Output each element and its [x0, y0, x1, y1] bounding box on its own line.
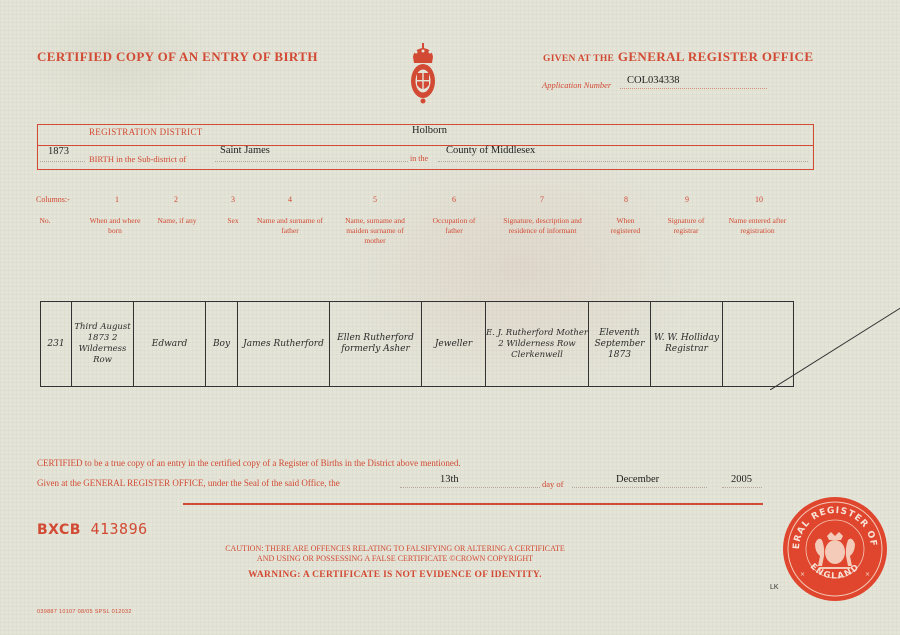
column-number-10: 10 — [744, 195, 774, 204]
column-header-sex: Sex — [218, 216, 248, 226]
entry-informant: E. J. Rutherford Mother 2 Wilderness Row… — [485, 302, 588, 386]
entry-sex: Boy — [205, 302, 237, 386]
cancellation-line — [770, 300, 900, 390]
column-number-7: 7 — [532, 195, 552, 204]
column-number-8: 8 — [616, 195, 636, 204]
column-number-5: 5 — [365, 195, 385, 204]
registration-year: 1873 — [48, 146, 69, 157]
given-at-prefix: GIVEN AT THE — [543, 54, 614, 64]
column-number-1: 1 — [107, 195, 127, 204]
issue-day: 13th — [440, 474, 459, 485]
serial-prefix: BXCB — [37, 522, 81, 538]
royal-crest-icon — [410, 43, 436, 105]
column-header-name: Name, if any — [145, 216, 209, 226]
column-number-6: 6 — [444, 195, 464, 204]
general-register-office-seal-icon: GENERAL REGISTER OFFICE ENGLAND × × — [782, 496, 888, 602]
column-number-9: 9 — [677, 195, 697, 204]
registration-divider — [38, 145, 813, 146]
entry-registrar: W. W. Holliday Registrar — [650, 302, 722, 386]
subdistrict-dotted-line — [215, 161, 408, 162]
subdistrict-value: Saint James — [220, 145, 270, 156]
column-number-2: 2 — [166, 195, 186, 204]
identity-warning: WARNING: A CERTIFICATE IS NOT EVIDENCE O… — [170, 570, 620, 580]
entry-row: 231 Third August 1873 2 Wilderness Row E… — [40, 301, 794, 387]
entry-when-registered: Eleventh September 1873 — [588, 302, 650, 386]
caution-line-2: AND USING OR POSSESSING A FALSE CERTIFIC… — [170, 554, 620, 564]
year-issue-dotted-line — [722, 487, 762, 488]
birth-subdistrict-label: BIRTH in the Sub-district of — [89, 154, 186, 164]
issue-year: 2005 — [731, 474, 752, 485]
svg-text:×: × — [865, 571, 870, 578]
column-header-informant: Signature, description and residence of … — [490, 216, 595, 236]
month-dotted-line — [572, 487, 707, 488]
year-dotted-line — [40, 161, 85, 162]
print-code: 039887 10107 08/05 SPSL 012032 — [37, 609, 132, 615]
column-header-occupation: Occupation of father — [428, 216, 480, 236]
given-under-seal-statement: Given at the GENERAL REGISTER OFFICE, un… — [37, 478, 340, 488]
application-number-label: Application Number — [542, 80, 611, 90]
red-rule — [183, 503, 763, 505]
column-header-when-registered: When registered — [603, 216, 648, 236]
svg-text:×: × — [800, 571, 805, 578]
entry-name: Edward — [133, 302, 205, 386]
column-number-3: 3 — [223, 195, 243, 204]
day-of-label: day of — [542, 479, 563, 489]
column-header-father: Name and surname of father — [250, 216, 330, 236]
serial-number: 413896 — [90, 520, 147, 538]
clerk-initials: LK — [770, 584, 779, 591]
column-header-registrar: Signature of registrar — [655, 216, 717, 236]
certificate-serial: BXCB 413896 — [37, 520, 148, 538]
registration-district-label: REGISTRATION DISTRICT — [89, 127, 203, 137]
county-dotted-line — [438, 161, 808, 162]
entry-occupation: Jeweller — [421, 302, 485, 386]
registration-district-value: Holborn — [412, 125, 447, 136]
entry-mother: Ellen Rutherford formerly Asher — [329, 302, 421, 386]
in-the-label: in the — [410, 154, 428, 163]
column-header-when-where-born: When and where born — [85, 216, 145, 236]
day-dotted-line — [400, 487, 540, 488]
application-number-line — [620, 88, 767, 89]
given-at-office-title: GIVEN AT THE GENERAL REGISTER OFFICE — [543, 49, 813, 65]
entry-father: James Rutherford — [237, 302, 329, 386]
entry-no: 231 — [40, 302, 71, 386]
columns-label: Columns:- — [36, 195, 70, 204]
caution-notice: CAUTION: THERE ARE OFFENCES RELATING TO … — [170, 544, 620, 564]
column-header-no: No. — [30, 216, 60, 226]
application-number-value: COL034338 — [627, 75, 680, 86]
certificate-title: CERTIFIED COPY OF AN ENTRY OF BIRTH — [37, 49, 318, 65]
column-header-mother: Name, surname and maiden surname of moth… — [335, 216, 415, 246]
office-name: GENERAL REGISTER OFFICE — [618, 49, 814, 64]
certification-statement: CERTIFIED to be a true copy of an entry … — [37, 458, 461, 468]
county-value: County of Middlesex — [446, 145, 535, 156]
column-number-4: 4 — [280, 195, 300, 204]
entry-when-where-born: Third August 1873 2 Wilderness Row — [71, 302, 133, 386]
issue-month: December — [616, 474, 659, 485]
caution-line-1: CAUTION: THERE ARE OFFENCES RELATING TO … — [170, 544, 620, 554]
column-header-name-after: Name entered after registration — [720, 216, 795, 236]
